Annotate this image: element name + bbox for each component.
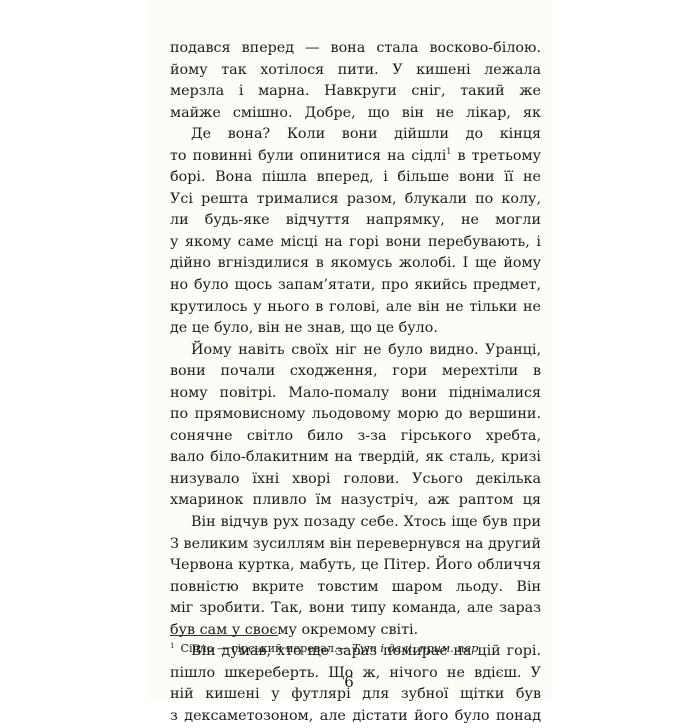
- footnote: 1Сідло — гірський перевал.— Тут і далі: …: [170, 642, 482, 655]
- text-line: Де вона? Коли вони дійшли до кінця маршр…: [170, 124, 541, 146]
- text-line: но було щось запам’ятати, про якийсь пре…: [170, 275, 541, 297]
- book-page: подався вперед — вона стала восково-біло…: [146, 0, 552, 700]
- text-line: повністю вкрите товстим шаром льоду. Він…: [170, 577, 541, 599]
- footnote-attribution: Тут і далі: прим. пер.: [352, 642, 482, 655]
- text-line: то повинні були опинитися на сідлі1 в тр…: [170, 146, 541, 168]
- text-line: сонячне світло било з-за гірського хребт…: [170, 426, 541, 448]
- footnote-reference: 1: [446, 147, 451, 156]
- text-line: де це було, він не знав, що це було.: [170, 318, 541, 340]
- text-line: ли будь-яке відчуття напрямку, не могли …: [170, 210, 541, 232]
- text-line: низувало їхні хворі голови. Усього декіл…: [170, 469, 541, 491]
- text-line: вони почали сходження, гори мерехтіли в …: [170, 361, 541, 383]
- text-line: у якому саме місці на горі вони перебува…: [170, 232, 541, 254]
- text-line: дійно вгніздилися в якомусь жолобі. І ще…: [170, 253, 541, 275]
- paragraph: Йому навіть своїх ніг не було видно. Ура…: [170, 340, 541, 512]
- text-line: крутилось у нього в голові, але він не т…: [170, 297, 541, 319]
- paragraph: Він відчув рух позаду себе. Хтось іще бу…: [170, 512, 541, 641]
- text-line: хмаринок пливло їм назустріч, аж раптом …: [170, 490, 541, 512]
- text-line: Йому навіть своїх ніг не було видно. Ура…: [170, 340, 541, 362]
- text-line: міг зробити. Так, вони типу команда, але…: [170, 598, 541, 620]
- text-line: борі. Вона пішла вперед, і більше вони ї…: [170, 167, 541, 189]
- text-line: Усі решта трималися разом, блукали по ко…: [170, 189, 541, 211]
- text-line: майже смішно. Добре, що він не лікар, як…: [170, 103, 541, 125]
- footnote-marker: 1: [170, 642, 174, 650]
- text-line: вало біло-блакитним на твердій, як сталь…: [170, 447, 541, 469]
- text-line: мерзла і марна. Навкруги сніг, такий же …: [170, 81, 541, 103]
- footnote-divider: [170, 635, 278, 636]
- text-line: Він відчув рух позаду себе. Хтось іще бу…: [170, 512, 541, 534]
- body-text: подався вперед — вона стала восково-біло…: [170, 38, 541, 700]
- text-line: по прямовисному льодовому морю до вершин…: [170, 404, 541, 426]
- footnote-text: Сідло — гірський перевал.—: [180, 642, 352, 655]
- text-line: йому так хотілося пити. У кишені лежала …: [170, 60, 541, 82]
- text-line: З великим зусиллям він перевернувся на д…: [170, 534, 541, 556]
- page-number: 6: [146, 673, 552, 691]
- text-line: Червона куртка, мабуть, це Пітер. Його о…: [170, 555, 541, 577]
- text-line: ному повітрі. Мало-помалу вони піднімали…: [170, 383, 541, 405]
- paragraph: Де вона? Коли вони дійшли до кінця маршр…: [170, 124, 541, 339]
- paragraph: подався вперед — вона стала восково-біло…: [170, 38, 541, 124]
- text-line: подався вперед — вона стала восково-біло…: [170, 38, 541, 60]
- text-line: був сам у своєму окремому світі.: [170, 620, 541, 642]
